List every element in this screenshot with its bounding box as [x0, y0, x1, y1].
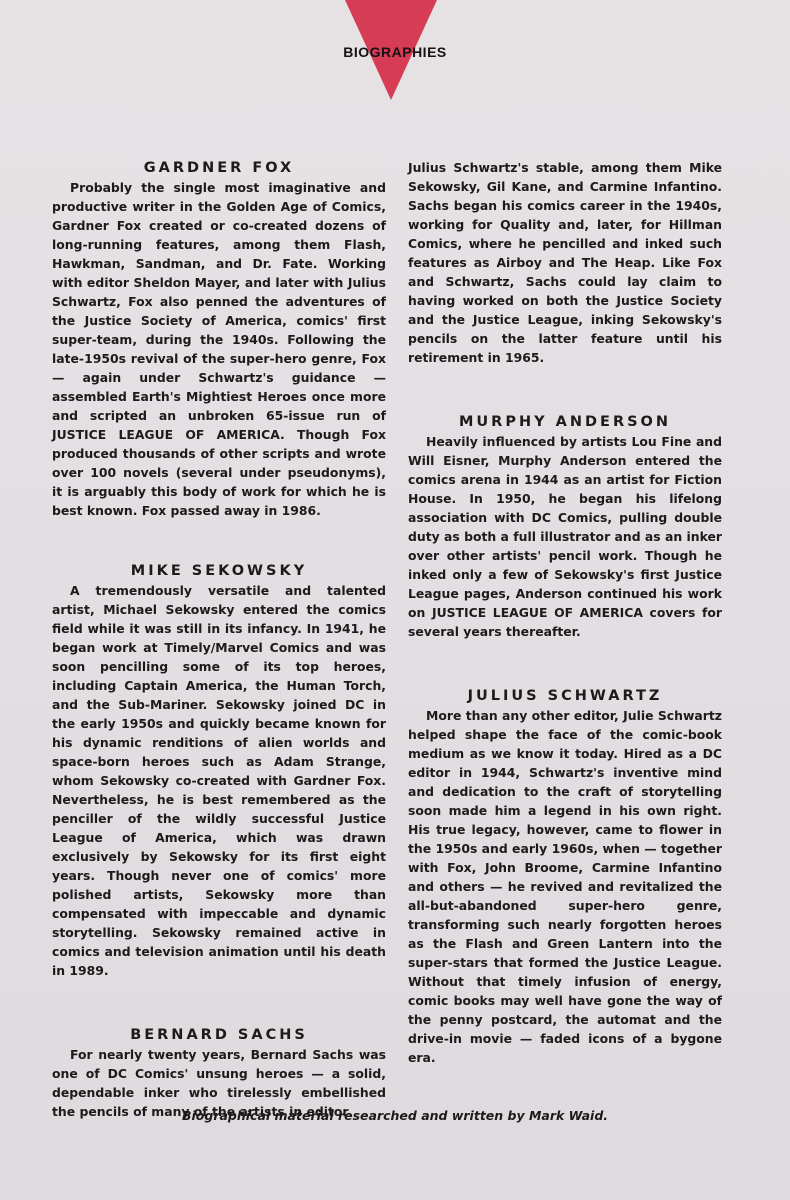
bio-heading: BERNARD SACHS: [52, 1025, 386, 1045]
bio-text-continued: Julius Schwartz's stable, among them Mik…: [408, 158, 722, 367]
bio-text: Probably the single most imaginative and…: [52, 178, 386, 520]
bio-text: More than any other editor, Julie Schwar…: [408, 706, 722, 1067]
bio-text: A tremendously versatile and talented ar…: [52, 581, 386, 980]
bio-bernard-sachs-continued: Julius Schwartz's stable, among them Mik…: [408, 158, 722, 367]
left-column: GARDNER FOX Probably the single most ima…: [52, 158, 386, 1121]
bio-julius-schwartz: JULIUS SCHWARTZ More than any other edit…: [408, 686, 722, 1067]
bio-bernard-sachs: BERNARD SACHS For nearly twenty years, B…: [52, 1025, 386, 1121]
bio-gardner-fox: GARDNER FOX Probably the single most ima…: [52, 158, 386, 520]
bio-text: Heavily influenced by artists Lou Fine a…: [408, 432, 722, 641]
bio-mike-sekowsky: MIKE SEKOWSKY A tremendously versatile a…: [52, 561, 386, 980]
bio-heading: JULIUS SCHWARTZ: [408, 686, 722, 706]
page: BIOGRAPHIES GARDNER FOX Probably the sin…: [0, 0, 790, 1200]
bio-heading: MURPHY ANDERSON: [408, 412, 722, 432]
bio-heading: MIKE SEKOWSKY: [52, 561, 386, 581]
author-credit: Biographical material researched and wri…: [0, 1108, 790, 1123]
right-column: Julius Schwartz's stable, among them Mik…: [408, 158, 722, 1067]
bio-heading: GARDNER FOX: [52, 158, 386, 178]
section-title: BIOGRAPHIES: [0, 44, 790, 60]
bio-murphy-anderson: MURPHY ANDERSON Heavily influenced by ar…: [408, 412, 722, 641]
